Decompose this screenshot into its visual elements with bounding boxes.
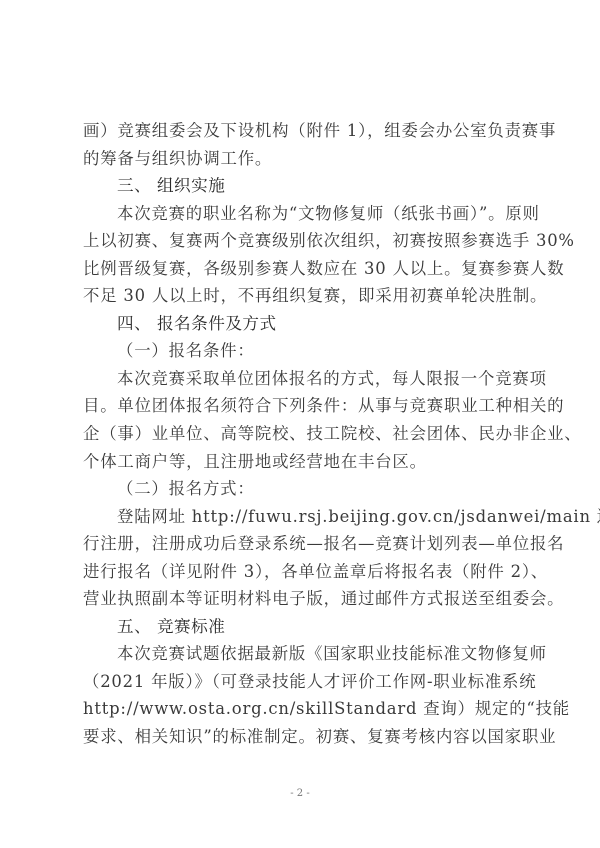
body-line: 画）竞赛组委会及下设机构（附件 1），组委会办公室负责赛事 xyxy=(83,117,523,145)
body-line: 上以初赛、复赛两个竞赛级别依次组织，初赛按照参赛选手 30% xyxy=(83,227,523,255)
body-line: 进行报名（详见附件 3），各单位盖章后将报名表（附件 2）、 xyxy=(83,558,523,586)
body-line: 本次竞赛试题依据最新版《国家职业技能标准文物修复师 xyxy=(83,640,523,668)
subsection-heading-1: （一）报名条件： xyxy=(83,337,523,365)
section-heading-3: 三、 组织实施 xyxy=(83,172,523,200)
body-line: 比例晋级复赛，各级别参赛人数应在 30 人以上。复赛参赛人数 xyxy=(83,255,523,283)
subsection-heading-2: （二）报名方式： xyxy=(83,475,523,503)
body-line: 不足 30 人以上时，不再组织复赛，即采用初赛单轮决胜制。 xyxy=(83,282,523,310)
body-line: 行注册，注册成功后登录系统—报名—竞赛计划列表—单位报名 xyxy=(83,530,523,558)
body-line-url: http://www.osta.org.cn/skillStandard 查询）… xyxy=(83,695,523,723)
page-number: - 2 - xyxy=(0,788,600,799)
body-line: 营业执照副本等证明材料电子版，通过邮件方式报送至组委会。 xyxy=(83,585,523,613)
body-line: 个体工商户等，且注册地或经营地在丰台区。 xyxy=(83,448,523,476)
body-line: （2021 年版）》（可登录技能人才评价工作网-职业标准系统 xyxy=(83,668,523,696)
body-line: 企（事）业单位、高等院校、技工院校、社会团体、民办非企业、 xyxy=(83,420,523,448)
document-page: 画）竞赛组委会及下设机构（附件 1），组委会办公室负责赛事 的筹备与组织协调工作… xyxy=(83,117,523,751)
body-line: 的筹备与组织协调工作。 xyxy=(83,145,523,173)
body-line: 目。单位团体报名须符合下列条件：从事与竞赛职业工种相关的 xyxy=(83,392,523,420)
section-heading-4: 四、 报名条件及方式 xyxy=(83,310,523,338)
body-line: 要求、相关知识”的标准制定。初赛、复赛考核内容以国家职业 xyxy=(83,723,523,751)
body-line-url: 登陆网址 http://fuwu.rsj.beijing.gov.cn/jsda… xyxy=(83,503,523,531)
section-heading-5: 五、 竞赛标准 xyxy=(83,613,523,641)
body-line: 本次竞赛的职业名称为“文物修复师（纸张书画）”。原则 xyxy=(83,200,523,228)
body-line: 本次竞赛采取单位团体报名的方式，每人限报一个竞赛项 xyxy=(83,365,523,393)
